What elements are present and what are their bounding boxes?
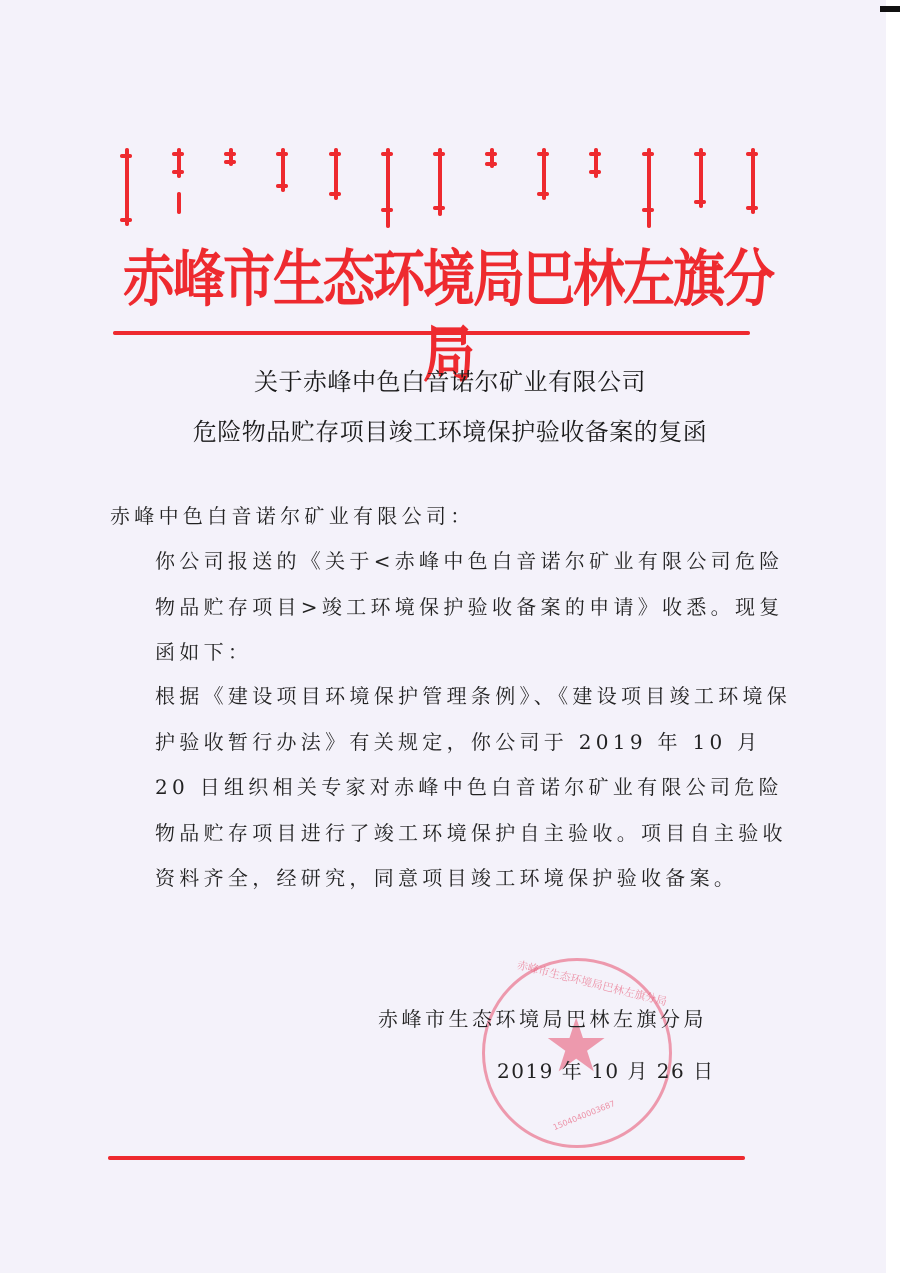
seal-code: 1504040003687 bbox=[552, 1099, 617, 1132]
mongolian-word bbox=[485, 148, 499, 228]
footer-red-rule bbox=[108, 1156, 745, 1160]
mongolian-word bbox=[433, 148, 447, 228]
page-edge bbox=[886, 0, 900, 1273]
mongolian-word bbox=[120, 148, 134, 228]
salutation: 赤峰中色白音诺尔矿业有限公司： bbox=[110, 494, 760, 540]
mongolian-word bbox=[537, 148, 551, 228]
mongolian-word bbox=[694, 148, 708, 228]
mongolian-word bbox=[276, 148, 290, 228]
signature-org: 赤峰市生态环境局巴林左旗分局 bbox=[378, 1003, 707, 1032]
mongolian-word bbox=[746, 148, 760, 228]
mongolian-word bbox=[589, 148, 603, 228]
mongolian-word bbox=[381, 148, 395, 228]
body-paragraph-2: 根据《建设项目环境保护管理条例》、《建设项目竣工环境保护验收暂行办法》有关规定，… bbox=[110, 674, 805, 902]
document-title-line1: 关于赤峰中色白音诺尔矿业有限公司 bbox=[100, 362, 800, 397]
signature-date: 2019 年 10 月 26 日 bbox=[497, 1055, 715, 1084]
mongolian-word bbox=[224, 148, 238, 228]
body-paragraph-1: 你公司报送的《关于<赤峰中色白音诺尔矿业有限公司危险物品贮存项目>竣工环境保护验… bbox=[110, 539, 805, 676]
mongolian-script-header bbox=[120, 148, 760, 228]
seal-ring-text: 赤峰市生态环境局巴林左旗分局 bbox=[515, 957, 668, 1010]
letterhead-red-rule bbox=[113, 331, 750, 335]
official-seal: 赤峰市生态环境局巴林左旗分局 ★ 1504040003687 bbox=[482, 958, 672, 1148]
mongolian-word bbox=[642, 148, 656, 228]
mongolian-word bbox=[329, 148, 343, 228]
scan-corner-mark bbox=[880, 6, 900, 12]
mongolian-word bbox=[172, 148, 186, 228]
document-title-line2: 危险物品贮存项目竣工环境保护验收备案的复函 bbox=[100, 412, 800, 447]
